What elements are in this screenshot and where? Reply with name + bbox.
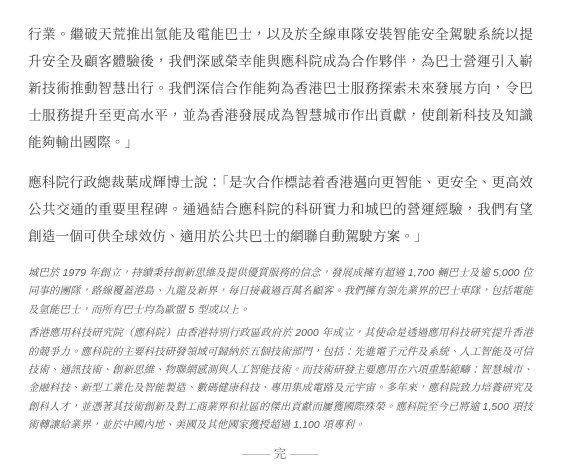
about-citybus-paragraph: 城巴於 1979 年創立，持續秉持創新思維及提供優質服務的信念，發展成擁有超過 … (28, 265, 533, 320)
astri-ceo-quote-paragraph: 應科院行政總裁葉成輝博士說：「是次合作標誌着香港邁向更智能、更安全、更高效公共交… (28, 169, 533, 250)
operator-quote-paragraph: 行業。繼破天荒推出氫能及電能巴士，以及於全線車隊安裝智能安全駕駛系統以提升安全及… (28, 21, 533, 156)
end-dash-left: — (242, 445, 271, 463)
press-release-page: 行業。繼破天荒推出氫能及電能巴士，以及於全線車隊安裝智能安全駕駛系統以提升安全及… (0, 0, 561, 473)
end-dash-right: — (290, 445, 319, 463)
about-astri-paragraph: 香港應用科技研究院（應科院）由香港特別行政區政府於 2000 年成立，其使命是透… (28, 325, 533, 435)
end-label: 完 (274, 445, 288, 463)
end-marker: —完— (28, 445, 533, 463)
